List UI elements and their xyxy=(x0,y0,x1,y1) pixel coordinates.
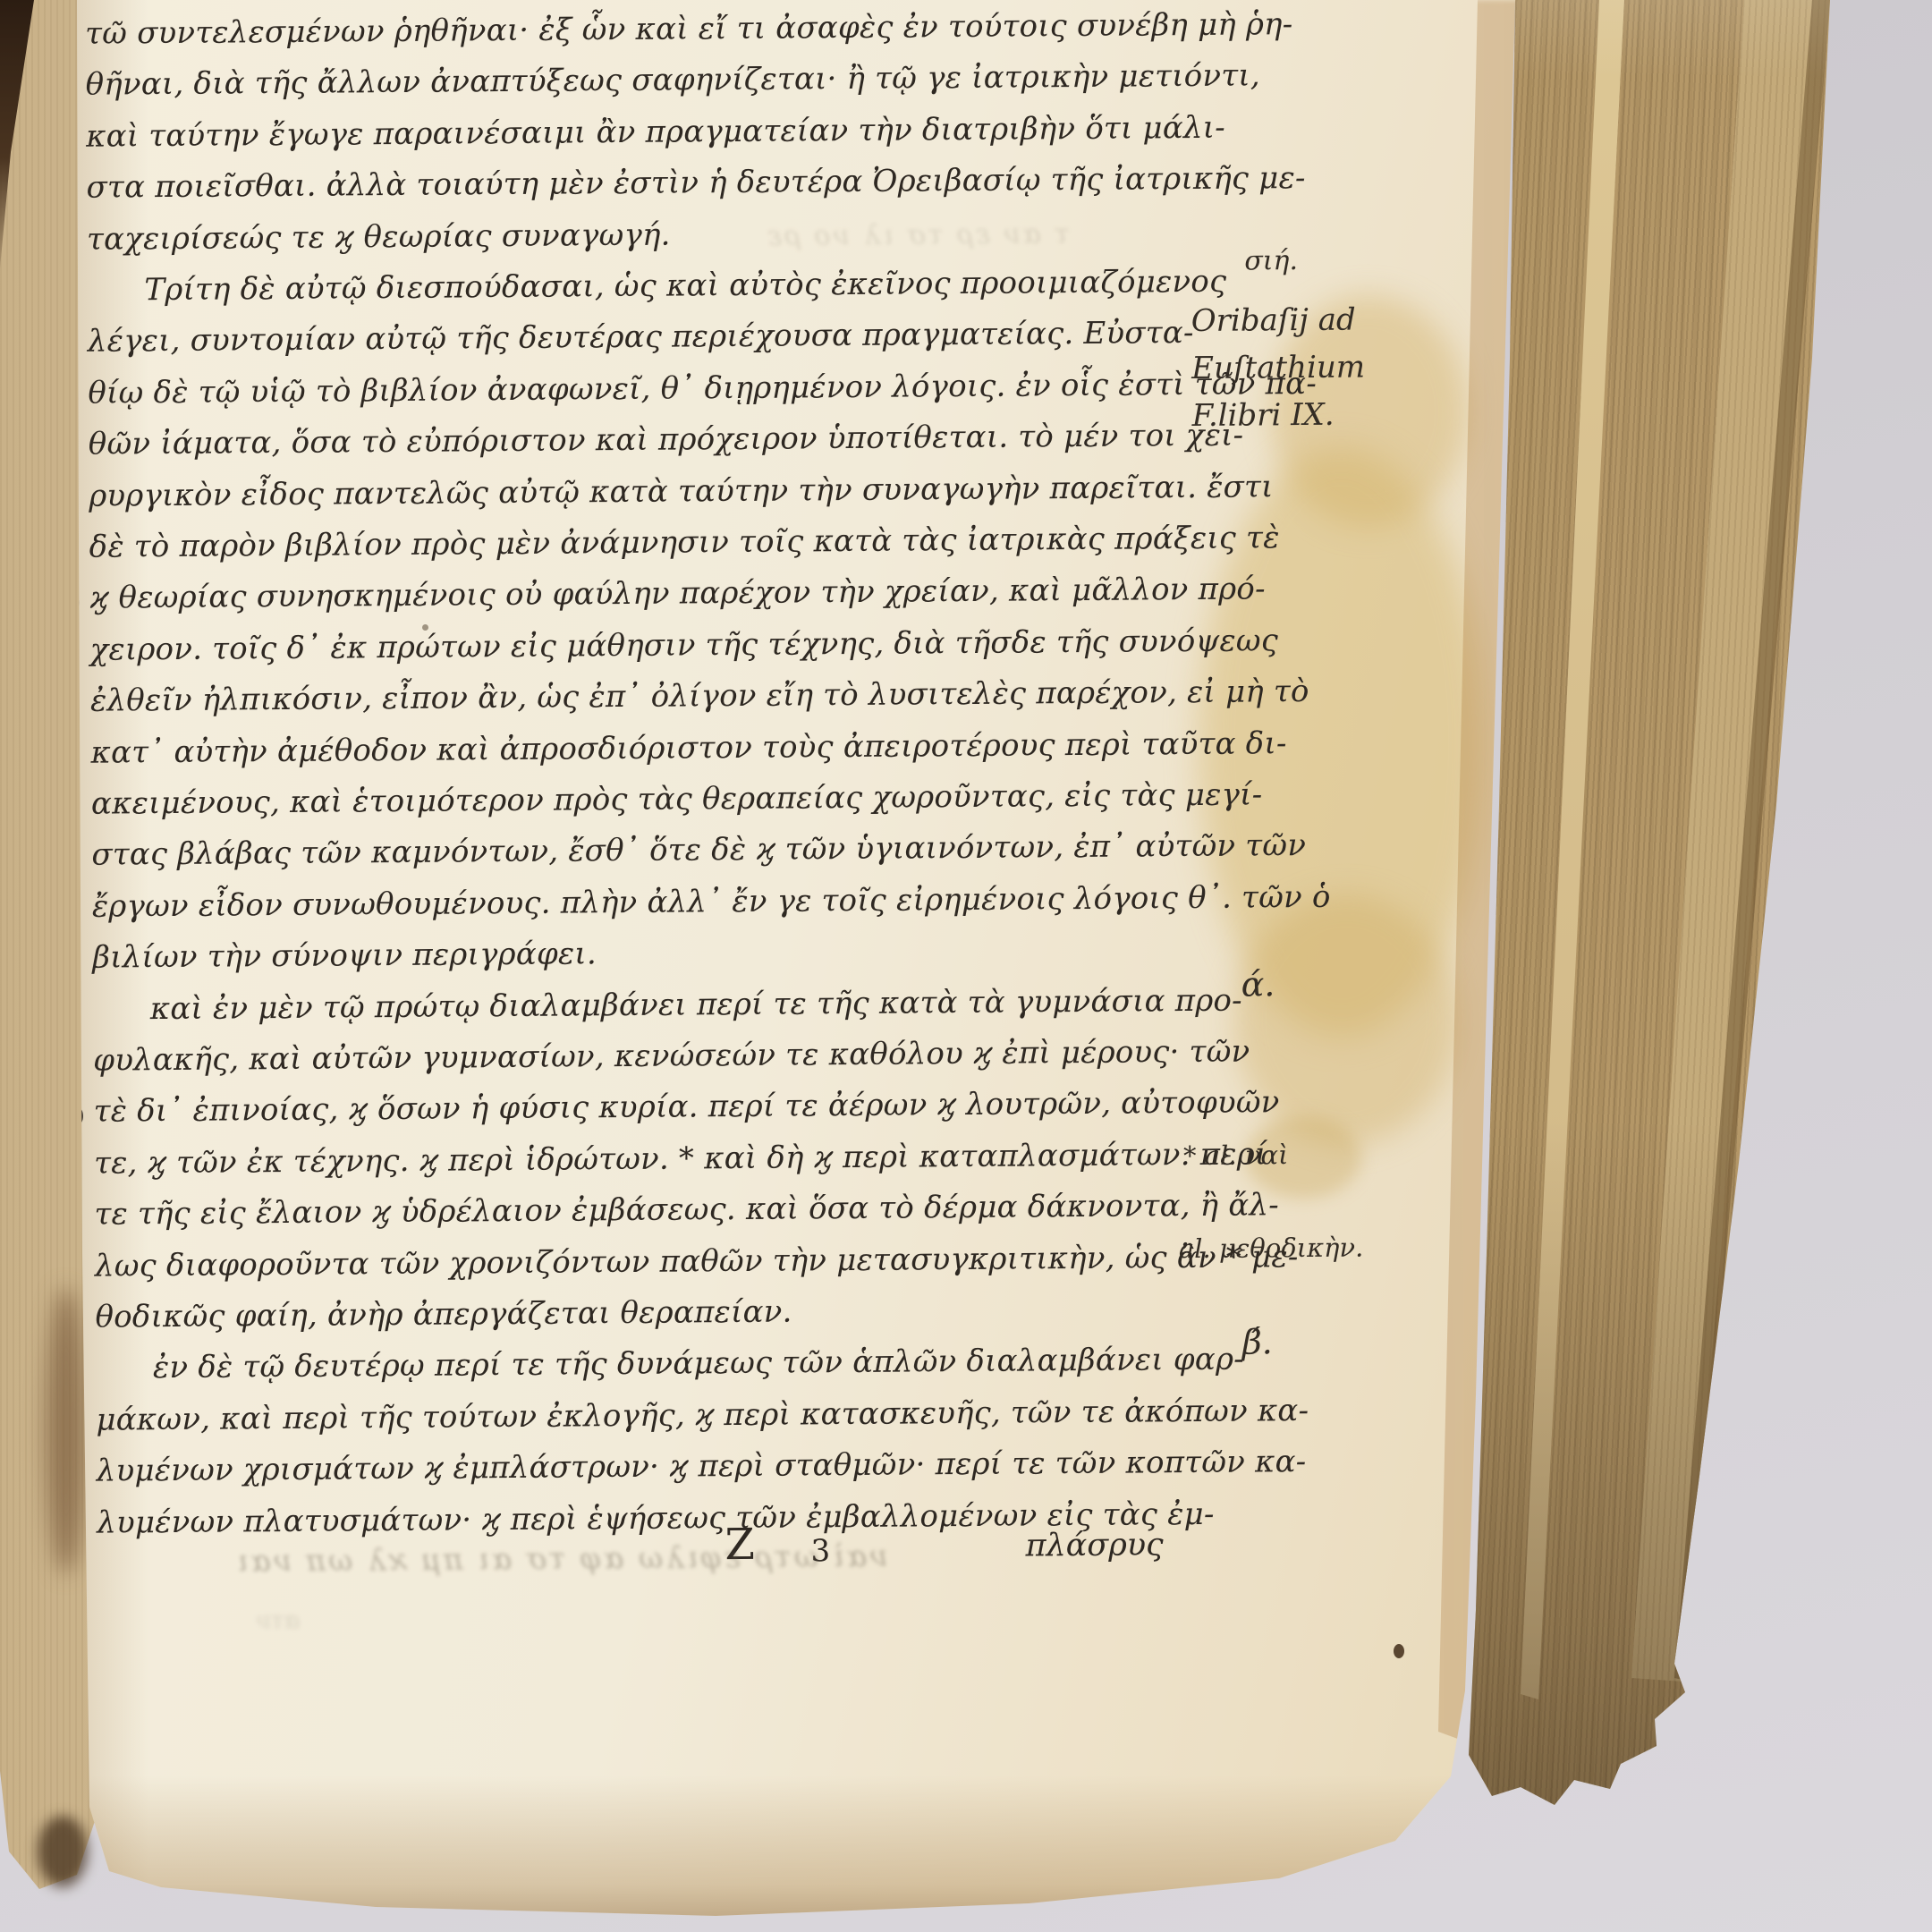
text-line: καὶ ἐν μὲν τῷ πρώτῳ διαλαμβάνει περί τε … xyxy=(150,979,1242,1030)
text-line: ταχειρίσεώς τε ϗ θεωρίας συναγωγή. xyxy=(87,214,671,259)
text-line: στα ποιεῖσθαι. ἀλλὰ τοιαύτη μὲν ἐστὶν ἡ … xyxy=(86,157,1305,208)
text-line: τὲ δι᾽ ἐπινοίας, ϗ ὅσων ἡ φύσις κυρία. π… xyxy=(93,1082,1279,1132)
text-line: θῆναι, διὰ τῆς ἄλλων ἀναπτύξεως σαφηνίζε… xyxy=(85,55,1260,106)
margin-book-number-beta: β́. xyxy=(1242,1322,1273,1361)
text-line: τε τῆς εἰς ἔλαιον ϗ ὑδρέλαιον ἐμβάσεως. … xyxy=(94,1184,1279,1234)
photo-of-open-book: ἀ π ϛ ρ ν μ τ ρ τῶ συντελεσμένων ῥηθῆναι… xyxy=(0,0,1932,1932)
text-line: λέγει, συντομίαν αὐτῷ τῆς δευτέρας περιέ… xyxy=(88,312,1194,362)
text-line: θίῳ δὲ τῷ υἱῷ τὸ βιβλίον ἀναφωνεῖ, θ᾽ δι… xyxy=(88,363,1317,414)
text-line: ϗ θεωρίας συνησκημένοις οὐ φαύλην παρέχο… xyxy=(89,569,1266,619)
margin-reference-note: Oribaſij ad Euſtathium F.libri IX. xyxy=(1191,297,1366,441)
text-line: ἐλθεῖν ἠλπικόσιν, εἶπον ἂν, ὡς ἐπ᾽ ὀλίγο… xyxy=(90,671,1309,722)
text-line: ἐν δὲ τῷ δευτέρῳ περί τε τῆς δυνάμεως τῶ… xyxy=(153,1339,1244,1389)
text-line: φυλακῆς, καὶ αὐτῶν γυμνασίων, κενώσεών τ… xyxy=(93,1031,1250,1081)
margin-reference-line: Oribaſij ad xyxy=(1191,297,1365,346)
text-line: λως διαφοροῦντα τῶν χρονιζόντων παθῶν τὴ… xyxy=(95,1236,1299,1287)
text-line: λυμένων χρισμάτων ϗ ἐμπλάστρων· ϗ περὶ σ… xyxy=(97,1441,1307,1492)
margin-section-number: σιή. xyxy=(1244,245,1298,276)
margin-book-number-alpha: ά. xyxy=(1241,964,1275,1004)
text-line: βιλίων τὴν σύνοψιν περιγράφει. xyxy=(92,933,597,978)
text-line: τε, ϗ τῶν ἐκ τέχνης. ϗ περὶ ἱδρώτων. * κ… xyxy=(94,1133,1267,1183)
margin-variant-note: * al. ναὶ xyxy=(1183,1140,1289,1171)
margin-reference-line: F.libri IX. xyxy=(1191,391,1365,440)
verso-show-through: ατν xyxy=(257,1607,300,1634)
text-line: ακειμένους, καὶ ἑτοιμότερον πρὸς τὰς θερ… xyxy=(91,774,1263,824)
text-line: ἔργων εἶδον συνωθουμένους. πλὴν ἀλλ᾽ ἔν … xyxy=(92,877,1331,928)
text-line: μάκων, καὶ περὶ τῆς τούτων ἐκλογῆς, ϗ πε… xyxy=(96,1390,1309,1441)
catchword: πλάσρυς xyxy=(1025,1527,1163,1563)
text-line: θοδικῶς φαίη, ἀνὴρ ἀπεργάζεται θεραπείαν… xyxy=(95,1292,792,1338)
text-line: στας βλάβας τῶν καμνόντων, ἔσθ᾽ ὅτε δὲ ϗ… xyxy=(91,825,1306,876)
text-line: Τρίτη δὲ αὐτῷ διεσπούδασαι, ὡς καὶ αὐτὸς… xyxy=(144,261,1226,311)
text-line: χειρον. τοῖς δ᾽ ἐκ πρώτων εἰς μάθησιν τῆ… xyxy=(89,620,1278,670)
verso-show-through: ναὶ ωτρ εφιλω αφ τσ αι πμ ϰλ ωπ ναι xyxy=(233,1538,887,1579)
margin-variant-note: al. μεθοδικὴν. xyxy=(1179,1233,1364,1265)
text-line: ρυργικὸν εἶδος παντελῶς αὐτῷ κατὰ ταύτην… xyxy=(89,466,1274,516)
text-line: τῶ συντελεσμένων ῥηθῆναι· ἐξ ὧν καὶ εἴ τ… xyxy=(85,4,1292,55)
verso-show-through: τ αν ερ τσ ιλ νο ρε xyxy=(765,218,1070,252)
text-line: δὲ τὸ παρὸν βιβλίον πρὸς μὲν ἀνάμνησιν τ… xyxy=(89,517,1280,567)
text-line: θῶν ἰάματα, ὅσα τὸ εὐπόριστον καὶ πρόχει… xyxy=(89,415,1244,465)
margin-reference-line: Euſtathium xyxy=(1191,343,1365,393)
text-line: καὶ ταύτην ἔγωγε παραινέσαιμι ἂν πραγματ… xyxy=(86,107,1225,157)
edge-smudge xyxy=(38,1816,88,1887)
edge-smudge xyxy=(47,1288,86,1574)
text-line: κατ᾽ αὐτὴν ἀμέθοδον καὶ ἀπροσδιόριστον τ… xyxy=(90,723,1286,774)
